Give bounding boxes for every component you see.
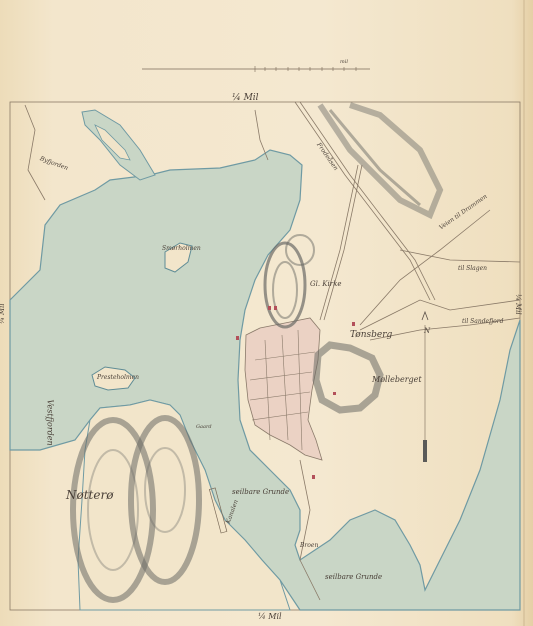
border-label-right: ¼ Mil xyxy=(514,294,522,315)
label-island-small-1: Smørholmen xyxy=(162,245,201,252)
scale-bar xyxy=(142,66,370,72)
label-road-sandefjord: til Sandefjord xyxy=(462,318,504,325)
label-farm: Gaard xyxy=(196,424,212,430)
label-bridge: Broen xyxy=(300,542,318,549)
label-old-church: Gl. Kirke xyxy=(310,280,341,288)
historical-map: ¼ Mil ¼ Mil ¼ Mil ¼ Mil Tønsberg Gl. Kir… xyxy=(0,0,533,626)
label-north-arrow: N xyxy=(424,327,430,335)
border-label-bottom: ¼ Mil xyxy=(258,612,282,621)
label-island-small-2: Presteholmen xyxy=(97,374,139,381)
map-canvas xyxy=(0,0,533,626)
label-town: Tønsberg xyxy=(350,330,392,340)
town-tonsberg xyxy=(245,318,322,460)
label-shoal-2: seilbare Grunde xyxy=(325,573,382,581)
label-fortified-hill: Mølleberget xyxy=(372,375,422,384)
label-fjord-west: Vestfjorden xyxy=(46,400,55,446)
label-road-slagen: til Slagen xyxy=(458,265,487,272)
border-label-top: ¼ Mil xyxy=(232,93,259,103)
scale-bar-label: mil xyxy=(340,59,348,65)
label-shoal-1: seilbare Grunde xyxy=(232,488,289,496)
border-label-left: ¼ Mil xyxy=(0,303,6,324)
label-island-large: Nøtterø xyxy=(66,488,113,502)
